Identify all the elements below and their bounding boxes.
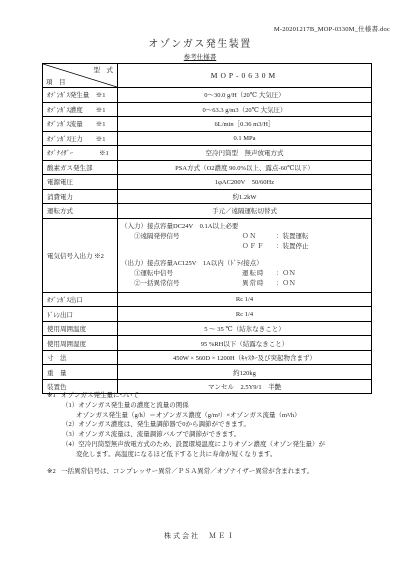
table-row: ｵｿﾞﾅｲｻﾞｰ ※1空冷円筒型 無声放電方式 (43, 146, 372, 161)
note1-formula: オゾンガス発生量（g/h）＝オゾンガス濃度（g/m³）×オゾンガス流量（m³/h… (47, 411, 382, 421)
row-value: 0.1 MPa (118, 131, 372, 146)
row-label: 寸 法 (43, 350, 118, 365)
table-row: 寸 法450W × 560D × 1200H（ｷｬｽﾀｰ及び突起物含まず） (43, 350, 372, 365)
signal-state: ＯＮ (242, 232, 276, 242)
row-label: 電気信号入出力 ※2 (43, 218, 118, 292)
signal-io-detail: （入力）接点容量DC24V 0.1A以上必要 ①遠隔発停信号ＯＮ：装置運転 ＯＦ… (118, 218, 372, 292)
table-row: 重 量約120kg (43, 365, 372, 380)
table-row: ｵｿﾞﾝｶﾞｽ発生量 ※10～30.0 g/H（20℃ 大気圧） (43, 88, 372, 103)
signal-state: 異常時 (242, 279, 276, 289)
row-label: 酸素ガス発生部 (43, 160, 118, 175)
spec-table: 型 式 項 目 MOP-0630M ｵｿﾞﾝｶﾞｽ発生量 ※10～30.0 g/… (42, 63, 372, 394)
note1-title-line: ※1オゾンガス発生量について (47, 391, 382, 401)
row-label: ﾄﾞﾚﾝ出口 (43, 307, 118, 322)
row-label: ｵｿﾞﾝｶﾞｽ流量 ※1 (43, 117, 118, 132)
document-page: M-20201217B_MOP-0330M_仕様書.doc オゾンガス発生装置 … (0, 0, 400, 565)
signal-state: 運転時 (242, 269, 276, 279)
footnotes: ※1オゾンガス発生量について （1）オゾンガス発生量の濃度と流量の関係 オゾンガ… (47, 391, 382, 477)
note1-marker: ※1 (47, 391, 61, 401)
row-value: 5 ～ 35 ℃（結氷なきこと） (118, 321, 372, 336)
row-label: 使用周囲温度 (43, 321, 118, 336)
model-number: MOP-0630M (118, 64, 372, 88)
row-label: ｵｿﾞﾅｲｻﾞｰ ※1 (43, 146, 118, 161)
signal-input-line: ＯＦＦ：装置停止 (121, 242, 369, 252)
note2-marker: ※2 (47, 467, 61, 477)
corner-cell: 型 式 項 目 (43, 64, 118, 88)
note2-line: ※2一括異常信号は、コンプレッサー異常／ＰＳＡ異常／オゾナイザー異常が含まれます… (47, 467, 382, 477)
row-label: 消費電力 (43, 189, 118, 204)
note1-item: （2）オゾンガス濃度は、発生量調節器で0から調節ができます。 (47, 420, 382, 430)
row-value: 0～30.0 g/H（20℃ 大気圧） (118, 88, 372, 103)
row-value: 450W × 560D × 1200H（ｷｬｽﾀｰ及び突起物含まず） (118, 350, 372, 365)
signal-input-line: ①遠隔発停信号ＯＮ：装置運転 (121, 232, 369, 242)
corner-label-item: 項 目 (46, 77, 66, 86)
note1-item: （3）オゾンガス流量は、流量調節バルブで調節ができます。 (47, 430, 382, 440)
row-label: ｵｿﾞﾝｶﾞｽ濃度 ※1 (43, 102, 118, 117)
signal-io-row: 電気信号入出力 ※2 （入力）接点容量DC24V 0.1A以上必要 ①遠隔発停信… (43, 218, 372, 292)
row-value: 6L/min［0.36 m3/H］ (118, 117, 372, 132)
note1-item: （1）オゾンガス発生量の濃度と流量の関係 (47, 401, 382, 411)
company-name: 株式会社 ＭＥＩ (0, 531, 400, 541)
spacer (121, 252, 369, 259)
row-value: 空冷円筒型 無声放電方式 (118, 146, 372, 161)
page-subtitle: 参考仕様書 (0, 52, 400, 61)
corner-label-model: 型 式 (94, 65, 114, 74)
row-value: 1φAC200V 50/60Hz (118, 175, 372, 190)
signal-desc: ：ＯＮ (276, 270, 296, 277)
page-title: オゾンガス発生装置 (0, 35, 400, 50)
note1-item: （4）空冷円筒型無声放電方式のため、設置環境温度によりオゾン濃度（オゾン発生量）… (47, 440, 382, 450)
table-row: 使用周囲温度5 ～ 35 ℃（結氷なきこと） (43, 321, 372, 336)
row-label: 重 量 (43, 365, 118, 380)
table-row: ｵｿﾞﾝｶﾞｽ流量 ※16L/min［0.36 m3/H］ (43, 117, 372, 132)
row-value: 約120kg (118, 365, 372, 380)
row-label: 運転方式 (43, 204, 118, 219)
row-value: PSA方式（O2濃度 90.0%以上、露点-60℃以下） (118, 160, 372, 175)
table-row: 使用周囲湿度95 %RH以下（結露なきこと） (43, 336, 372, 351)
row-value: 0～63.3 g/m3（20℃ 大気圧） (118, 102, 372, 117)
table-row: ﾄﾞﾚﾝ出口Rc 1/4 (43, 307, 372, 322)
signal-name: ②一括異常信号 (134, 279, 242, 289)
row-label: 電源電圧 (43, 175, 118, 190)
signal-desc: ：装置停止 (276, 243, 309, 250)
row-value: 手元／遠隔運転切替式 (118, 204, 372, 219)
row-label: ｵｿﾞﾝｶﾞｽ出口 (43, 292, 118, 307)
table-header-row: 型 式 項 目 MOP-0630M (43, 64, 372, 88)
signal-desc: ：装置運転 (276, 233, 309, 240)
table-row: 酸素ガス発生部PSA方式（O2濃度 90.0%以上、露点-60℃以下） (43, 160, 372, 175)
table-row: ｵｿﾞﾝｶﾞｽ圧力 ※10.1 MPa (43, 131, 372, 146)
row-value: Rc 1/4 (118, 292, 372, 307)
table-row: ｵｿﾞﾝｶﾞｽ出口Rc 1/4 (43, 292, 372, 307)
signal-input-header: （入力）接点容量DC24V 0.1A以上必要 (121, 222, 369, 232)
signal-name: ①遠隔発停信号 (134, 232, 242, 242)
row-value: 約1.2kW (118, 189, 372, 204)
table-row: 電源電圧1φAC200V 50/60Hz (43, 175, 372, 190)
signal-output-line: ①運転中信号運転時：ＯＮ (121, 269, 369, 279)
note1-title: オゾンガス発生量について (61, 392, 139, 399)
note1-item-continuation: 変化します。高温度になるほど低下すると共に寿命が短くなります。 (47, 450, 382, 460)
signal-name: ①運転中信号 (134, 269, 242, 279)
row-label: ｵｿﾞﾝｶﾞｽ圧力 ※1 (43, 131, 118, 146)
signal-state: ＯＦＦ (242, 242, 276, 252)
row-value: 95 %RH以下（結露なきこと） (118, 336, 372, 351)
row-value: Rc 1/4 (118, 307, 372, 322)
row-label: ｵｿﾞﾝｶﾞｽ発生量 ※1 (43, 88, 118, 103)
signal-output-header: （出力）接点容量AC125V 1A以内（ﾄﾞﾗｲ接点） (121, 259, 369, 269)
note2-text: 一括異常信号は、コンプレッサー異常／ＰＳＡ異常／オゾナイザー異常が含まれます。 (61, 468, 313, 475)
signal-desc: ：ＯＮ (276, 280, 296, 287)
document-filename: M-20201217B_MOP-0330M_仕様書.doc (274, 24, 390, 33)
table-row: 消費電力約1.2kW (43, 189, 372, 204)
table-row: 運転方式手元／遠隔運転切替式 (43, 204, 372, 219)
table-row: ｵｿﾞﾝｶﾞｽ濃度 ※10～63.3 g/m3（20℃ 大気圧） (43, 102, 372, 117)
signal-output-line: ②一括異常信号異常時：ＯＮ (121, 279, 369, 289)
row-label: 使用周囲湿度 (43, 336, 118, 351)
